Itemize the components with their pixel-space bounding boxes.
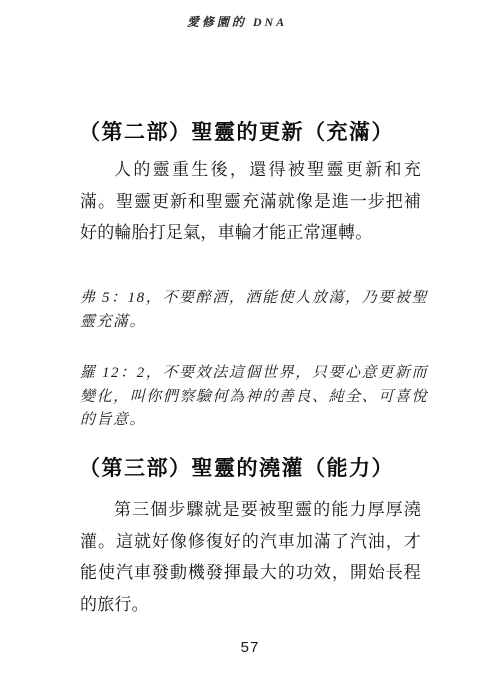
- scripture-quote-romans: 羅 12：2，不要效法這個世界，只要心意更新而變化，叫你們察驗何為神的善良、純全…: [80, 362, 428, 433]
- paragraph-part2: 人的靈重生後，還得被聖靈更新和充滿。聖靈更新和聖靈充滿就像是進一步把補好的輪胎打…: [80, 154, 421, 249]
- scripture-quote-ephesians: 弗 5：18，不要醉酒，酒能使人放蕩，乃要被聖靈充滿。: [80, 287, 428, 334]
- paragraph-part3: 第三個步驟就是要被聖靈的能力厚厚澆灌。這就好像修復好的汽車加滿了汽油，才能使汽車…: [80, 494, 421, 620]
- section-heading-part2: （第二部）聖靈的更新（充滿）: [79, 119, 429, 145]
- section-heading-part3: （第三部）聖靈的澆灌（能力）: [79, 455, 429, 481]
- running-header: 愛修園的 DNA: [0, 13, 474, 30]
- book-page: 愛修園的 DNA （第二部）聖靈的更新（充滿） 人的靈重生後，還得被聖靈更新和充…: [0, 0, 500, 700]
- page-number: 57: [0, 639, 500, 656]
